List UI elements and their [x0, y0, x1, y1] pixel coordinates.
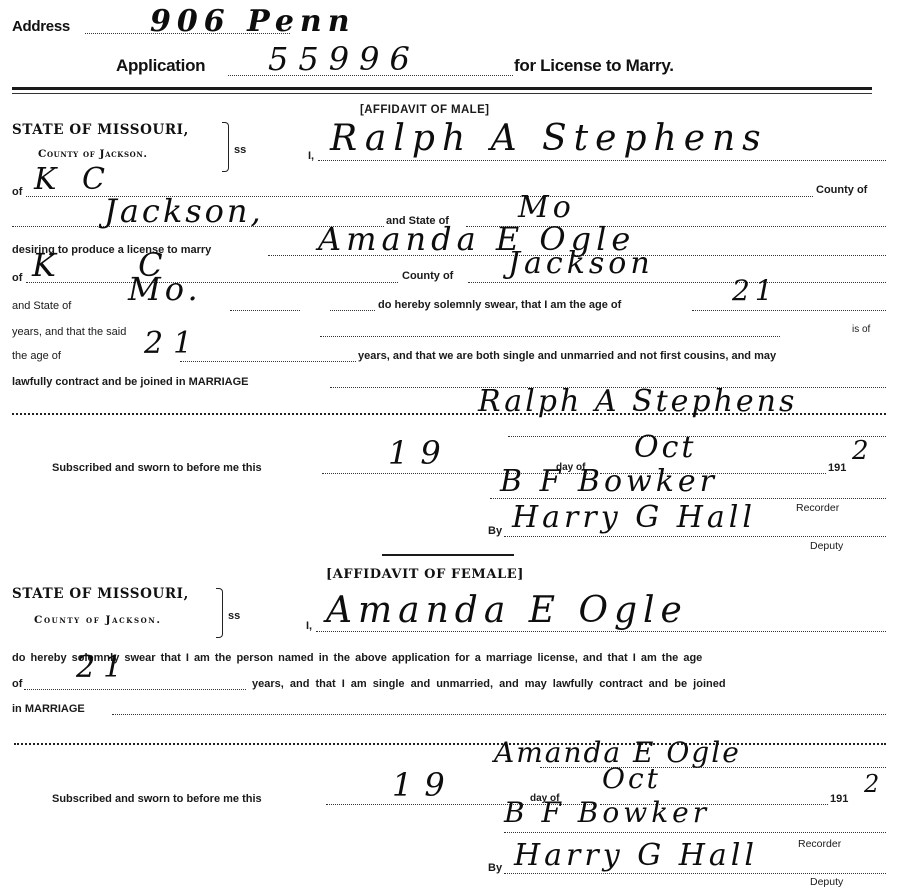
- section-divider: [382, 554, 514, 556]
- male-deputy-signature: Harry G Hall: [512, 500, 756, 535]
- female-applicant-name: Amanda E Ogle: [326, 590, 688, 631]
- male-day-value: 19: [388, 434, 453, 472]
- female-name-line: [316, 631, 886, 632]
- male-signature: Ralph A Stephens: [478, 384, 797, 419]
- female-by-label: By: [488, 862, 502, 874]
- female-deputy-label: Deputy: [810, 876, 843, 887]
- female-year-prefix: 191: [830, 793, 848, 805]
- lawfully-text: lawfully contract and be joined in MARRI…: [12, 376, 249, 388]
- said-line: [320, 336, 780, 337]
- female-affidavit-heading: [AFFIDAVIT OF FEMALE]: [326, 567, 524, 582]
- single-text: years, and that we are both single and u…: [358, 350, 776, 362]
- i-label: I,: [308, 150, 314, 162]
- application-suffix: for License to Marry.: [514, 56, 674, 76]
- female-age-line: [24, 689, 246, 690]
- application-label: Application: [116, 56, 205, 76]
- male-year-prefix: 191: [828, 462, 846, 474]
- female-recorder-signature: B F Bowker: [504, 796, 710, 829]
- female-marriage-line: [112, 714, 886, 715]
- male-affidavit-heading: [AFFIDAVIT OF MALE]: [360, 104, 489, 116]
- female-single-text: years, and that I am single and unmarrie…: [252, 678, 726, 690]
- state-label: STATE OF MISSOURI,: [12, 122, 189, 138]
- male-year-suffix: 2: [852, 436, 869, 466]
- male-subscribed-text: Subscribed and sworn to before me this: [52, 462, 262, 474]
- female-separator-line: [14, 743, 886, 745]
- male-signature-line: [508, 436, 886, 437]
- female-ss-label: ss: [228, 610, 240, 622]
- spouse-county-label: County of: [402, 270, 453, 282]
- male-recorder-line: [490, 498, 886, 499]
- male-deputy-line: [504, 536, 886, 537]
- header-rule-bottom: [12, 93, 872, 94]
- years-said-label: years, and that the said: [12, 326, 126, 338]
- female-year-suffix: 2: [864, 770, 879, 798]
- the-age-of-label: the age of: [12, 350, 61, 362]
- header-rule-top: [12, 87, 872, 90]
- application-number: 55996: [268, 40, 420, 78]
- female-of-label: of: [12, 678, 22, 690]
- female-recorder-label: Recorder: [798, 838, 841, 850]
- spouse-age: 21: [144, 326, 202, 361]
- address-label: Address: [12, 18, 70, 35]
- female-day-value: 19: [392, 766, 457, 804]
- brace: [222, 122, 229, 172]
- female-county-label: County of Jackson.: [34, 614, 162, 626]
- county-of-label: County of: [816, 184, 867, 196]
- own-age-line: [692, 310, 886, 311]
- female-brace: [216, 588, 223, 638]
- female-state-label: STATE OF MISSOURI,: [12, 586, 189, 602]
- female-subscribed-text: Subscribed and sworn to before me this: [52, 793, 262, 805]
- male-of-value: K C: [34, 162, 113, 197]
- male-month-value: Oct: [634, 430, 696, 465]
- spouse-county-line: [468, 282, 886, 283]
- male-recorder-signature: B F Bowker: [500, 464, 718, 499]
- spouse-of-label: of: [12, 272, 22, 284]
- ss-label: ss: [234, 144, 246, 156]
- spouse-state-label: and State of: [12, 300, 71, 312]
- male-applicant-name: Ralph A Stephens: [330, 118, 768, 159]
- is-of-label: is of: [852, 324, 870, 335]
- address-value: 906 Penn: [150, 4, 356, 39]
- male-deputy-label: Deputy: [810, 540, 843, 552]
- female-i-label: I,: [306, 620, 312, 632]
- spouse-state-line-a: [230, 310, 300, 311]
- male-county-value: Jackson,: [104, 192, 264, 230]
- female-age-value: 21: [76, 650, 130, 685]
- female-month-value: Oct: [602, 762, 661, 795]
- spouse-state: Mo.: [128, 270, 202, 308]
- female-deputy-line: [504, 873, 886, 874]
- own-age: 21: [732, 274, 778, 307]
- female-recorder-line: [504, 832, 886, 833]
- female-deputy-signature: Harry G Hall: [514, 838, 758, 873]
- spouse-age-line: [180, 361, 356, 362]
- county-label: County of Jackson.: [38, 148, 148, 160]
- spouse-county: Jackson: [508, 246, 654, 281]
- applicant-name-line: [318, 160, 886, 161]
- spouse-state-line-b: [330, 310, 375, 311]
- male-recorder-label: Recorder: [796, 502, 839, 514]
- male-by-label: By: [488, 525, 502, 537]
- swear-text: do hereby solemnly swear, that I am the …: [378, 299, 621, 311]
- female-in-marriage-text: in MARRIAGE: [12, 703, 85, 715]
- of-label: of: [12, 186, 22, 198]
- female-signature-line: [540, 767, 886, 768]
